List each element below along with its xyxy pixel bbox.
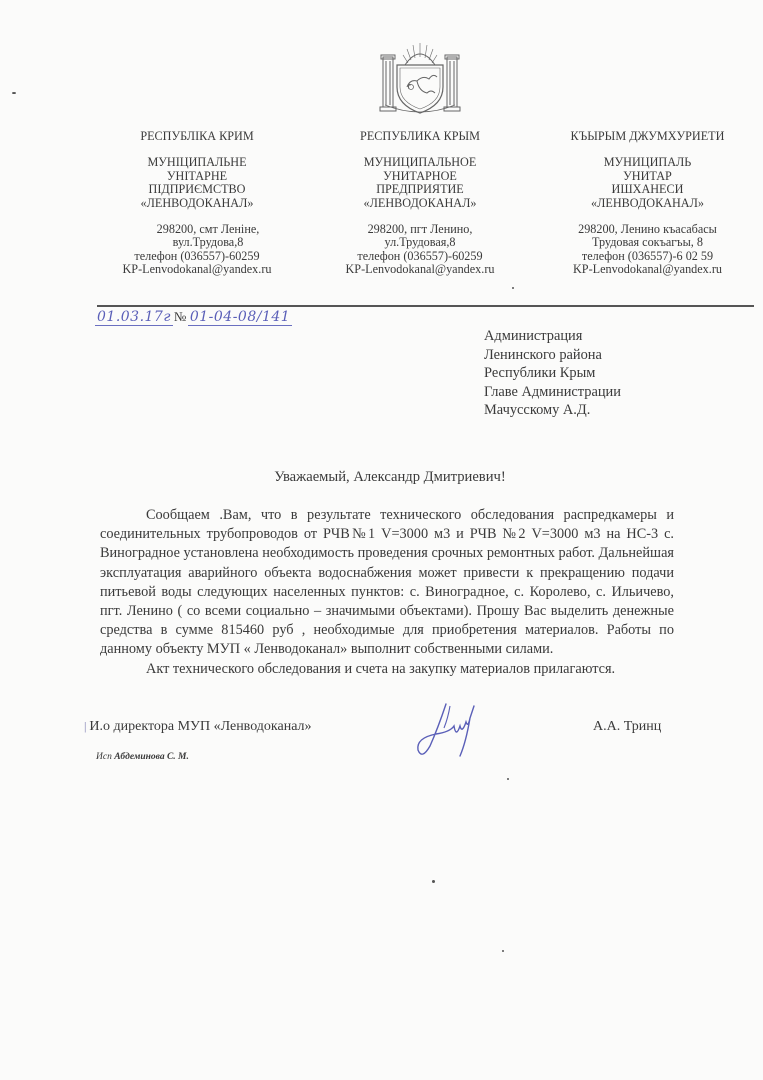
address-line: вул.Трудова,8 [92, 236, 302, 249]
address-line: 298200, Ленино къасабасы [530, 223, 763, 236]
scan-speck [502, 950, 504, 952]
outgoing-number: 01-04-08/141 [188, 309, 292, 326]
registration-number: 01.03.17г№01-04-08/141 [95, 309, 292, 325]
addressee-block: Администрация Ленинского района Республи… [484, 327, 621, 420]
address-line: 298200, смт Леніне, [92, 223, 302, 236]
org-line: УНИТАР [530, 170, 763, 183]
org-line: УНІТАРНЕ [92, 170, 302, 183]
crimea-coat-of-arms-icon [375, 35, 465, 117]
scan-speck [12, 92, 16, 94]
scan-speck [512, 287, 514, 289]
executor-prefix: Исп [96, 752, 112, 762]
email-line: KP-Lenvodokanal@yandex.ru [92, 263, 302, 276]
number-sign: № [174, 309, 187, 324]
letterhead-column-ukrainian: РЕСПУБЛІКА КРИМ МУНІЦИПАЛЬНЕ УНІТАРНЕ ПІ… [92, 130, 302, 277]
phone-line: телефон (036557)-60259 [92, 250, 302, 263]
signatory-name: А.А. Тринц [593, 719, 661, 735]
org-line: ПІДПРИЄМСТВО [92, 183, 302, 196]
body-paragraph: Сообщаем .Вам, что в результате техничес… [100, 506, 674, 660]
salutation: Уважаемый, Александр Дмитриевич! [100, 469, 680, 486]
letter-body: Сообщаем .Вам, что в результате техничес… [100, 506, 674, 679]
addressee-line: Республики Крым [484, 364, 621, 383]
org-line: ПРЕДПРИЯТИЕ [320, 183, 520, 196]
email-line: KP-Lenvodokanal@yandex.ru [320, 263, 520, 276]
body-paragraph: Акт технического обследования и счета на… [100, 660, 674, 679]
org-line: «ЛЕНВОДОКАНАЛ» [530, 197, 763, 210]
phone-line: телефон (036557)-60259 [320, 250, 520, 263]
org-line: УНИТАРНОЕ [320, 170, 520, 183]
email-line: KP-Lenvodokanal@yandex.ru [530, 263, 763, 276]
handwritten-signature-icon [410, 698, 490, 764]
signatory-title-text: И.о директора МУП «Ленводоканал» [89, 719, 311, 734]
executor-name: Абдеминова С. М. [114, 752, 189, 762]
signatory-title: |И.о директора МУП «Ленводоканал» [84, 719, 312, 735]
scan-speck [432, 880, 435, 883]
republic-name: РЕСПУБЛІКА КРИМ [92, 130, 302, 143]
margin-mark: | [84, 719, 86, 733]
letterhead-divider [97, 305, 754, 307]
org-line: «ЛЕНВОДОКАНАЛ» [320, 197, 520, 210]
executor-note: Исп Абдеминова С. М. [96, 752, 189, 762]
addressee-line: Администрация [484, 327, 621, 346]
addressee-line: Мачусскому А.Д. [484, 401, 621, 420]
scan-speck [507, 778, 509, 780]
registration-date: 01.03.17г [95, 309, 173, 326]
addressee-line: Ленинского района [484, 346, 621, 365]
letterhead-column-russian: РЕСПУБЛИКА КРЫМ МУНИЦИПАЛЬНОЕ УНИТАРНОЕ … [320, 130, 520, 277]
phone-line: телефон (036557)-6 02 59 [530, 250, 763, 263]
address-line: ул.Трудовая,8 [320, 236, 520, 249]
org-line: «ЛЕНВОДОКАНАЛ» [92, 197, 302, 210]
address-line: 298200, пгт Ленино, [320, 223, 520, 236]
letterhead-column-crimean-tatar: КЪЫРЫМ ДЖУМХУРИЕТИ МУНИЦИПАЛЬ УНИТАР ИШХ… [530, 130, 763, 277]
org-line: МУНІЦИПАЛЬНЕ [92, 156, 302, 169]
addressee-line: Главе Администрации [484, 383, 621, 402]
republic-name: КЪЫРЫМ ДЖУМХУРИЕТИ [530, 130, 763, 143]
org-line: ИШХАНЕСИ [530, 183, 763, 196]
org-line: МУНИЦИПАЛЬНОЕ [320, 156, 520, 169]
address-line: Трудовая сокъагъы, 8 [530, 236, 763, 249]
republic-name: РЕСПУБЛИКА КРЫМ [320, 130, 520, 143]
org-line: МУНИЦИПАЛЬ [530, 156, 763, 169]
